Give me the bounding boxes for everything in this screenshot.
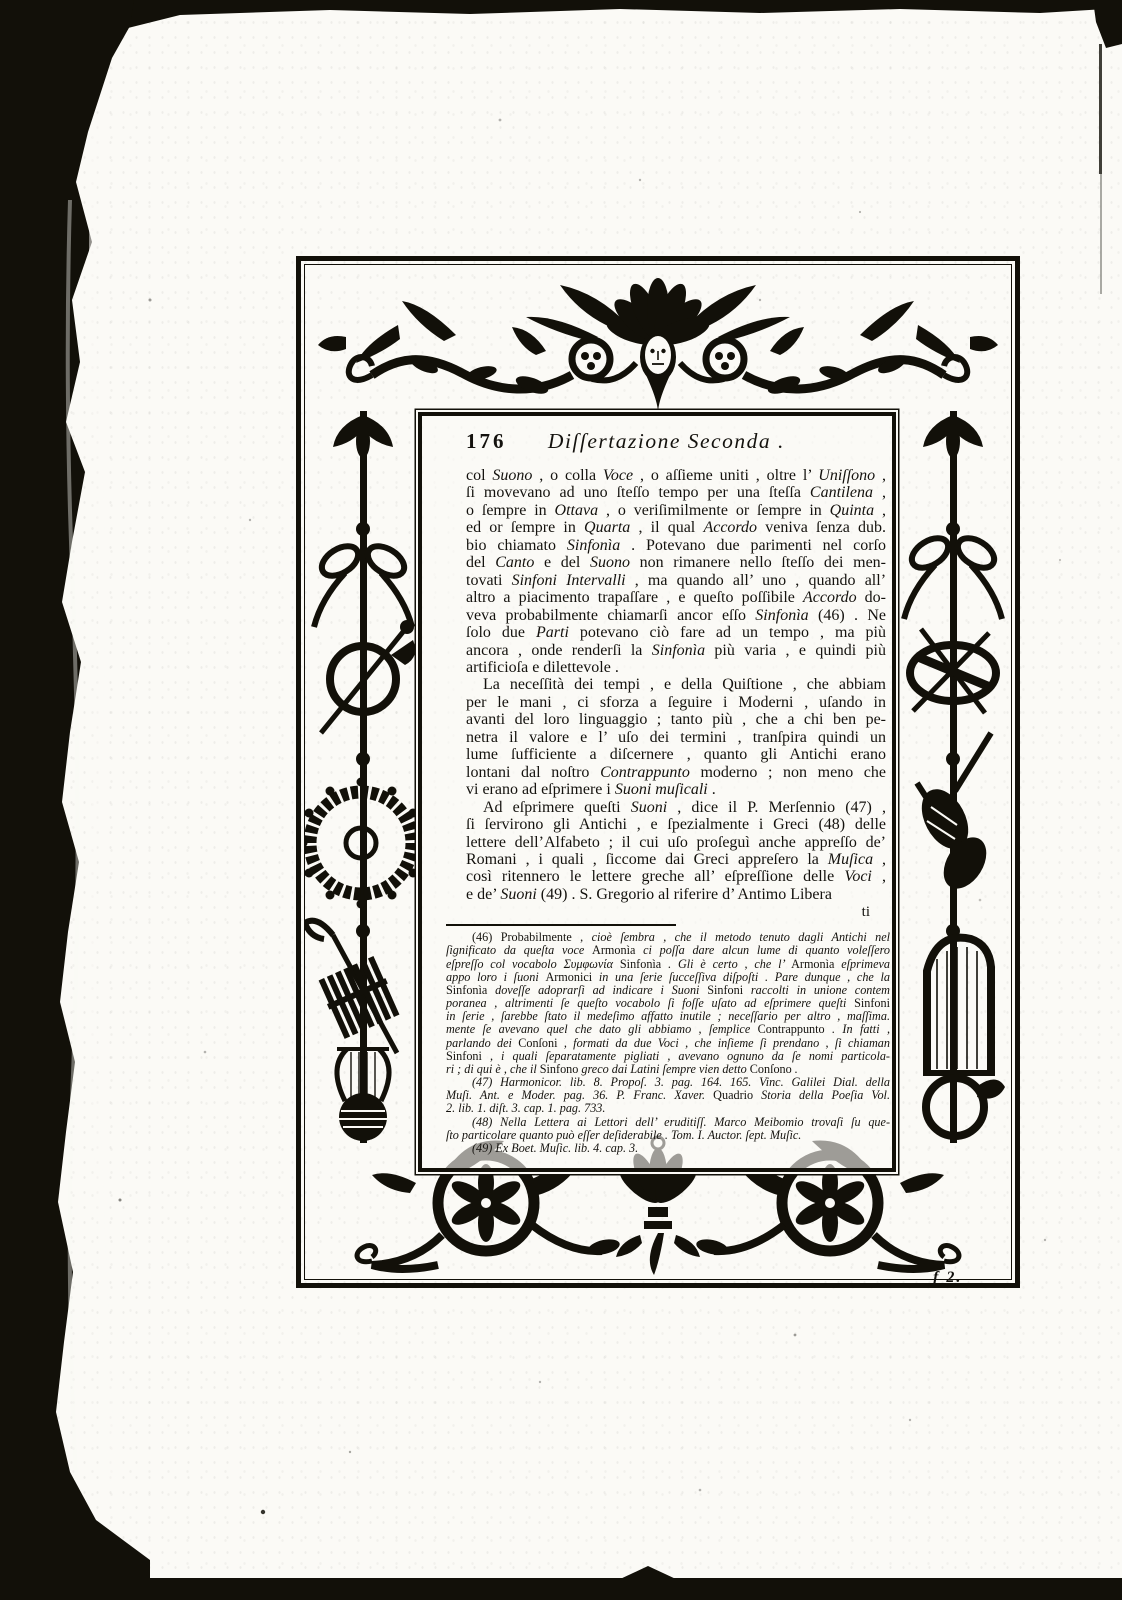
top-headpiece-engraving bbox=[306, 267, 1010, 413]
right-instrument-trophy-engraving bbox=[895, 411, 1011, 1143]
page-header: 176 Diſſertazione Seconda . bbox=[422, 429, 892, 463]
book-page-scan: f 2. 176 Diſſertazione Seconda . col Suo… bbox=[0, 0, 1122, 1600]
drum-and-sticks bbox=[910, 629, 996, 713]
hunting-horn bbox=[926, 1078, 1005, 1136]
ornamental-border-frame: f 2. 176 Diſſertazione Seconda . col Suo… bbox=[296, 256, 1020, 1288]
footnotes: (46) Probabilmente , cioè ſembra , che i… bbox=[446, 931, 890, 1155]
harp bbox=[923, 938, 995, 1073]
body-text: col Suono , o colla Voce , o aſſieme uni… bbox=[466, 467, 886, 903]
panpipes-and-cane bbox=[305, 921, 401, 1053]
binding-shadow bbox=[0, 0, 150, 1585]
page-number: 176 bbox=[466, 429, 507, 454]
signature-mark: f 2. bbox=[933, 1269, 962, 1287]
footnote-separator-rule bbox=[446, 924, 676, 926]
horn-and-trumpet bbox=[321, 620, 415, 733]
page-text-panel: 176 Diſſertazione Seconda . col Suono , … bbox=[418, 412, 896, 1172]
running-title: Diſſertazione Seconda . bbox=[548, 429, 785, 454]
mask-face bbox=[603, 278, 713, 413]
left-instrument-trophy-engraving bbox=[305, 411, 421, 1143]
catchword: ti bbox=[422, 904, 870, 920]
